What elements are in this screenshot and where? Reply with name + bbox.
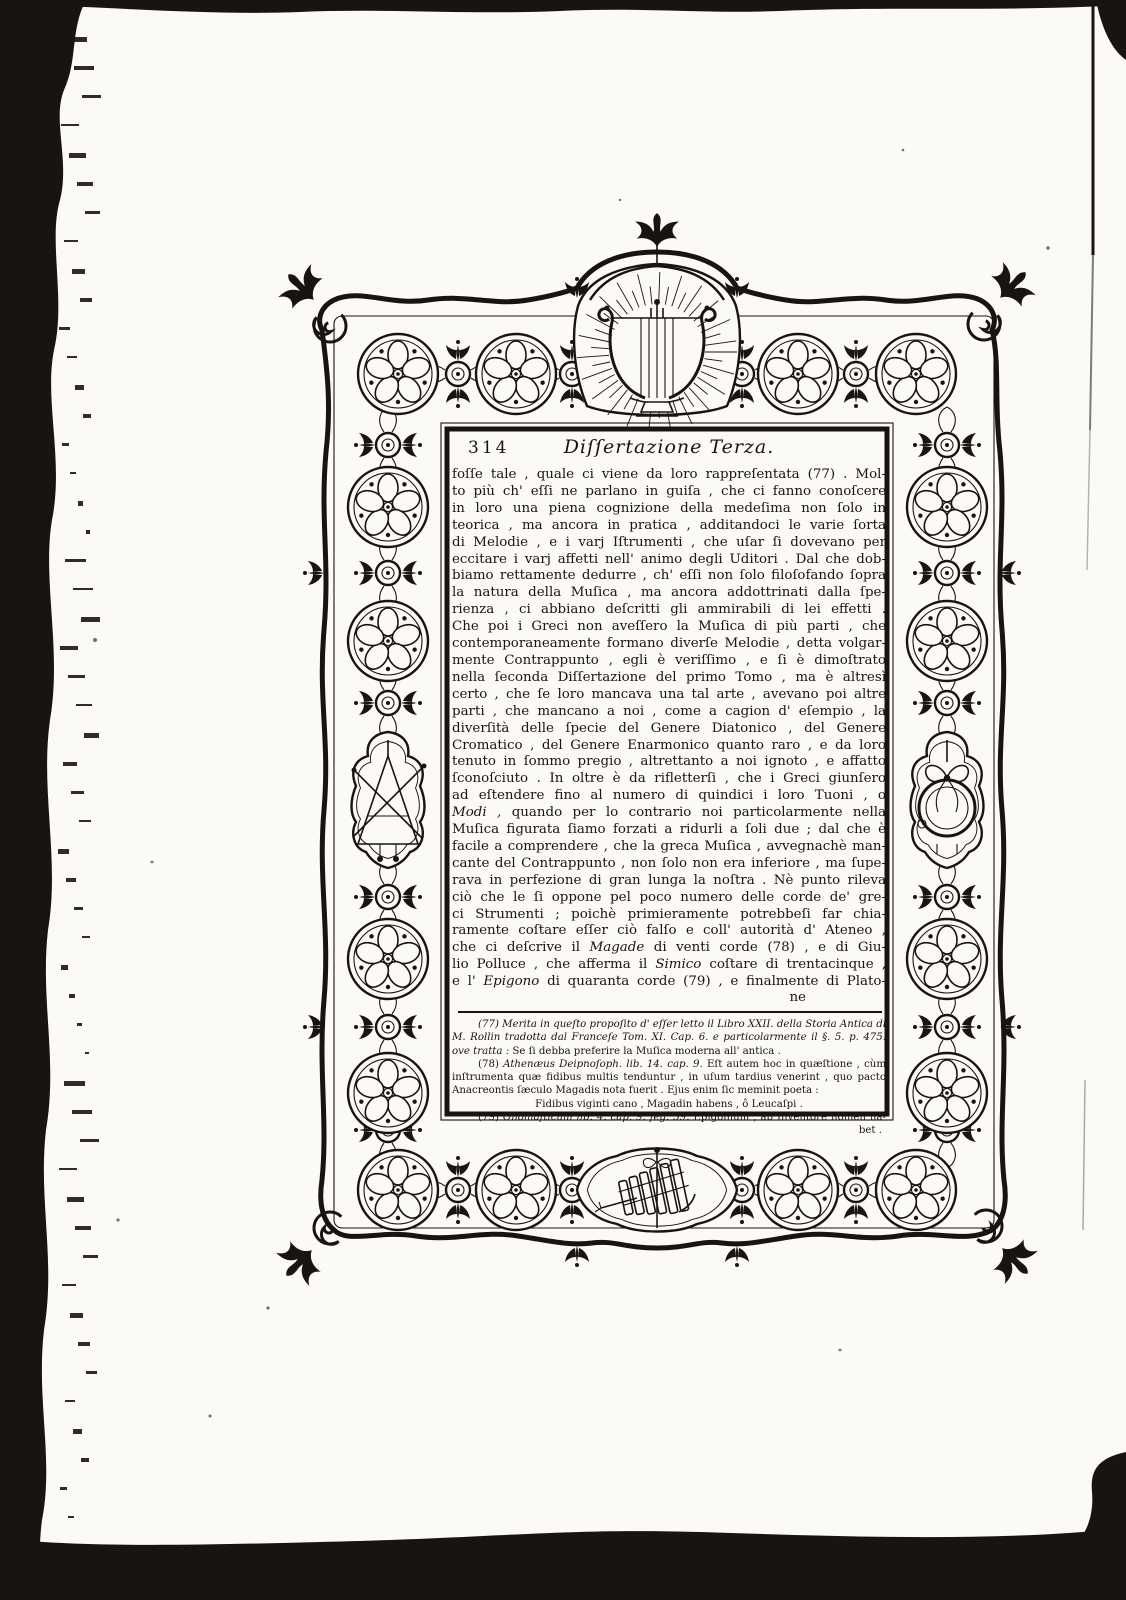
body-text-line: Cromatico , del Genere Enarmonico quanto… <box>452 738 886 755</box>
body-text-line: rava in perfezione di gran lunga la noſt… <box>452 873 886 890</box>
footnote-line: M. Rollin tradotta dal Franceſe Tom. XI.… <box>452 1031 886 1044</box>
body-text-line: contemporaneamente formano diverſe Melod… <box>452 636 886 653</box>
page-header: 314 Diſſertazione Terza. <box>452 436 886 462</box>
body-text-line: foſſe tale , quale ci viene da loro rapp… <box>452 467 886 484</box>
body-text-line: rienza , ci abbiano deſcritti gli ammira… <box>452 602 886 619</box>
instrument-trophy-icon <box>352 732 427 868</box>
footnote-line: (78) Athenæus Deipnoſoph. lib. 14. cap. … <box>452 1058 886 1071</box>
scan-bottom-band-artifact <box>0 1452 1126 1600</box>
body-text-line: lio Polluce , che afferma il Simico coſt… <box>452 957 886 974</box>
body-text-line: to più ch' eſſi ne parlano in guiſa , ch… <box>452 484 886 501</box>
body-text-line: nella ſeconda Diſſertazione del primo To… <box>452 670 886 687</box>
body-text-line: Muſica figurata ſiamo forzati a ridurli … <box>452 822 886 839</box>
scan-top-edge-artifact <box>60 0 1126 60</box>
body-text-line: eccitare i varj affetti nell' animo degl… <box>452 552 886 569</box>
footnote-line: bet . <box>452 1124 886 1137</box>
body-text-line: ramente coſtare eſſer ciò falſo e coll' … <box>452 923 886 940</box>
footnote-line: Anacreontis ſæculo Magadis nota fuerit .… <box>452 1084 886 1097</box>
body-text-line: biamo rettamente dedurre , ch' eſſi non … <box>452 568 886 585</box>
footnote-rule <box>458 1011 882 1013</box>
scan-right-line-artifact <box>1083 0 1093 1230</box>
body-text-line: e l' Epigono di quaranta corde (79) , e … <box>452 974 886 991</box>
scanned-book-page: 314 Diſſertazione Terza. foſſe tale , qu… <box>0 0 1126 1600</box>
running-title: Diſſertazione Terza. <box>452 436 886 458</box>
body-text-line: ci Strumenti ; poichè primieramente potr… <box>452 907 886 924</box>
body-text-line: certo , che ſe loro mancava una tal arte… <box>452 687 886 704</box>
body-text: foſſe tale , quale ci viene da loro rapp… <box>452 467 886 991</box>
body-text-line: in loro una piena cognizione della medeſ… <box>452 501 886 518</box>
footnote-line: (77) Merita in queſto propoſito d' eſſer… <box>452 1018 886 1031</box>
body-text-line: di Melodie , e i varj Iſtrumenti , che u… <box>452 535 886 552</box>
body-text-line: parti , che mancano a noi , come a cagio… <box>452 704 886 721</box>
body-text-line: teorica , ma ancora in pratica , additan… <box>452 518 886 535</box>
body-text-line: che ci deſcrive il Magade di venti corde… <box>452 940 886 957</box>
body-text-line: facile a comprendere , che la greca Muſi… <box>452 839 886 856</box>
body-text-line: Modi , quando per lo contrario noi parti… <box>452 805 886 822</box>
body-text-line: mente Contrappunto , egli è veriſſimo , … <box>452 653 886 670</box>
body-text-line: tenuto in ſommo pregio , altrettanto a n… <box>452 754 886 771</box>
body-text-line: diverſità delle ſpecie del Genere Diaton… <box>452 721 886 738</box>
footnote-line: Fidibus viginti cano , Magadin habens , … <box>452 1098 886 1111</box>
body-text-line: ciò che le ſi oppone pel poco numero del… <box>452 890 886 907</box>
catchword: ne <box>452 990 806 1005</box>
body-text-line: Che poi i Greci non aveſſero la Muſica d… <box>452 619 886 636</box>
footnotes: (77) Merita in queſto propoſito d' eſſer… <box>452 1018 886 1138</box>
footnote-line: ove tratta : Se ſi debba preferire la Mu… <box>452 1045 886 1058</box>
footnote-line: (79) Onomaſticum lib. 4. cap. 9. ſeg. 59… <box>452 1111 886 1124</box>
scan-gutter-artifact <box>0 0 101 1600</box>
panpipes-trophy-icon <box>577 1147 737 1232</box>
footnote-line: inſtrumenta quæ fidibus multis tenduntur… <box>452 1071 886 1084</box>
body-text-line: la natura della Muſica , ma ancora addot… <box>452 585 886 602</box>
body-text-line: cante del Contrappunto , non ſolo non er… <box>452 856 886 873</box>
hunting-horn-icon <box>911 732 984 868</box>
body-text-line: ad eſtendere fino al numero di quindici … <box>452 788 886 805</box>
body-text-line: ſconoſciuto . In oltre è da rifletterſi … <box>452 771 886 788</box>
